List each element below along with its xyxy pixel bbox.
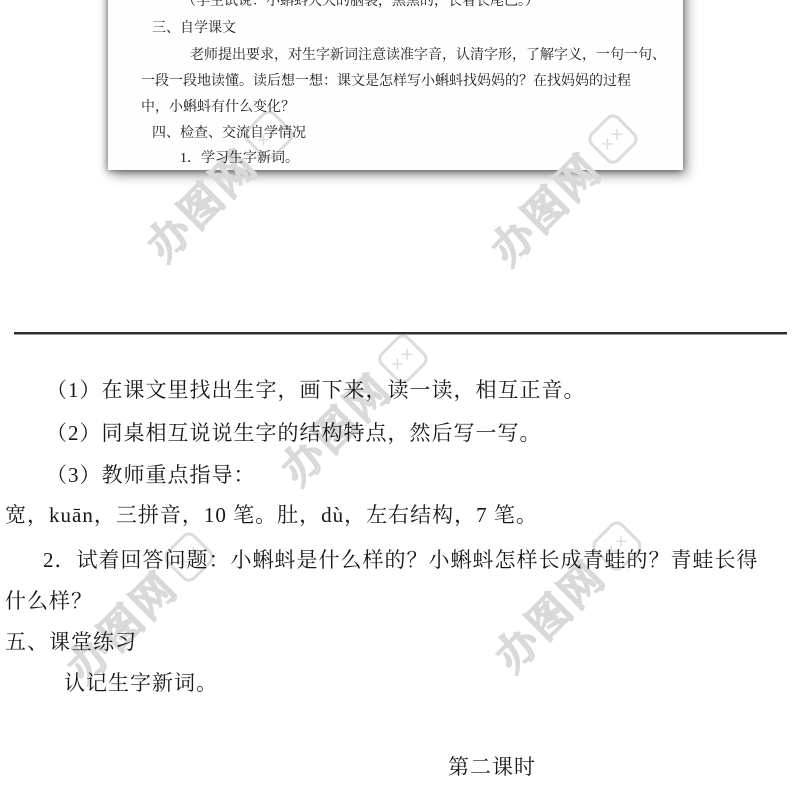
preview-line: 1．学习生字新词。 <box>180 149 299 169</box>
doc-line-deskmate-discuss: （2）同桌相互说说生字的结构特点，然后写一写。 <box>46 419 542 447</box>
document-page: 办图网 ✕✕ 办图网 ✕✕ 办图网 ✕✕ 办图网 ✕✕ 办图网 ✕✕ （学生试说… <box>0 0 800 800</box>
doc-line-find-characters: （1）在课文里找出生字，画下来，读一读，相互正音。 <box>46 376 586 404</box>
preview-heading-self-study: 三、自学课文 <box>152 19 236 39</box>
doc-heading-class-practice: 五、课堂练习 <box>5 628 137 656</box>
doc-heading-second-lesson: 第二课时 <box>448 753 536 781</box>
section-divider <box>14 332 787 335</box>
preview-line: 老师提出要求，对生字新词注意读准字音，认清字形，了解字义，一句一句、 <box>190 46 666 66</box>
doc-line-answer-questions: 2．试着回答问题：小蝌蚪是什么样的？小蝌蚪怎样长成青蛙的？青蛙长得 <box>43 546 759 574</box>
preview-heading-check-exchange: 四、检查、交流自学情况 <box>152 124 306 144</box>
doc-line-kuan-du: 宽，kuān，三拼音，10 笔。肚，dù，左右结构，7 笔。 <box>5 501 538 529</box>
watermark: 办图网 ✕✕ <box>480 511 653 684</box>
preview-line: 中，小蝌蚪有什么变化？ <box>141 98 295 118</box>
doc-line-what-like: 什么样？ <box>5 587 93 615</box>
doc-line-teacher-guidance: （3）教师重点指导： <box>46 461 256 489</box>
doc-line-recognize-words: 认记生字新词。 <box>64 669 218 697</box>
preview-line: （学生试说：小蝌蚪大大的脑袋，黑黑的，长着长尾巴。） <box>182 0 539 12</box>
preview-line: 一段一段地读懂。读后想一想：课文是怎样写小蝌蚪找妈妈的？在找妈妈的过程 <box>141 72 631 92</box>
page-preview-text: （学生试说：小蝌蚪大大的脑袋，黑黑的，长着长尾巴。） 三、自学课文 老师提出要求… <box>108 0 683 170</box>
watermark: 办图网 ✕✕ <box>266 324 439 497</box>
